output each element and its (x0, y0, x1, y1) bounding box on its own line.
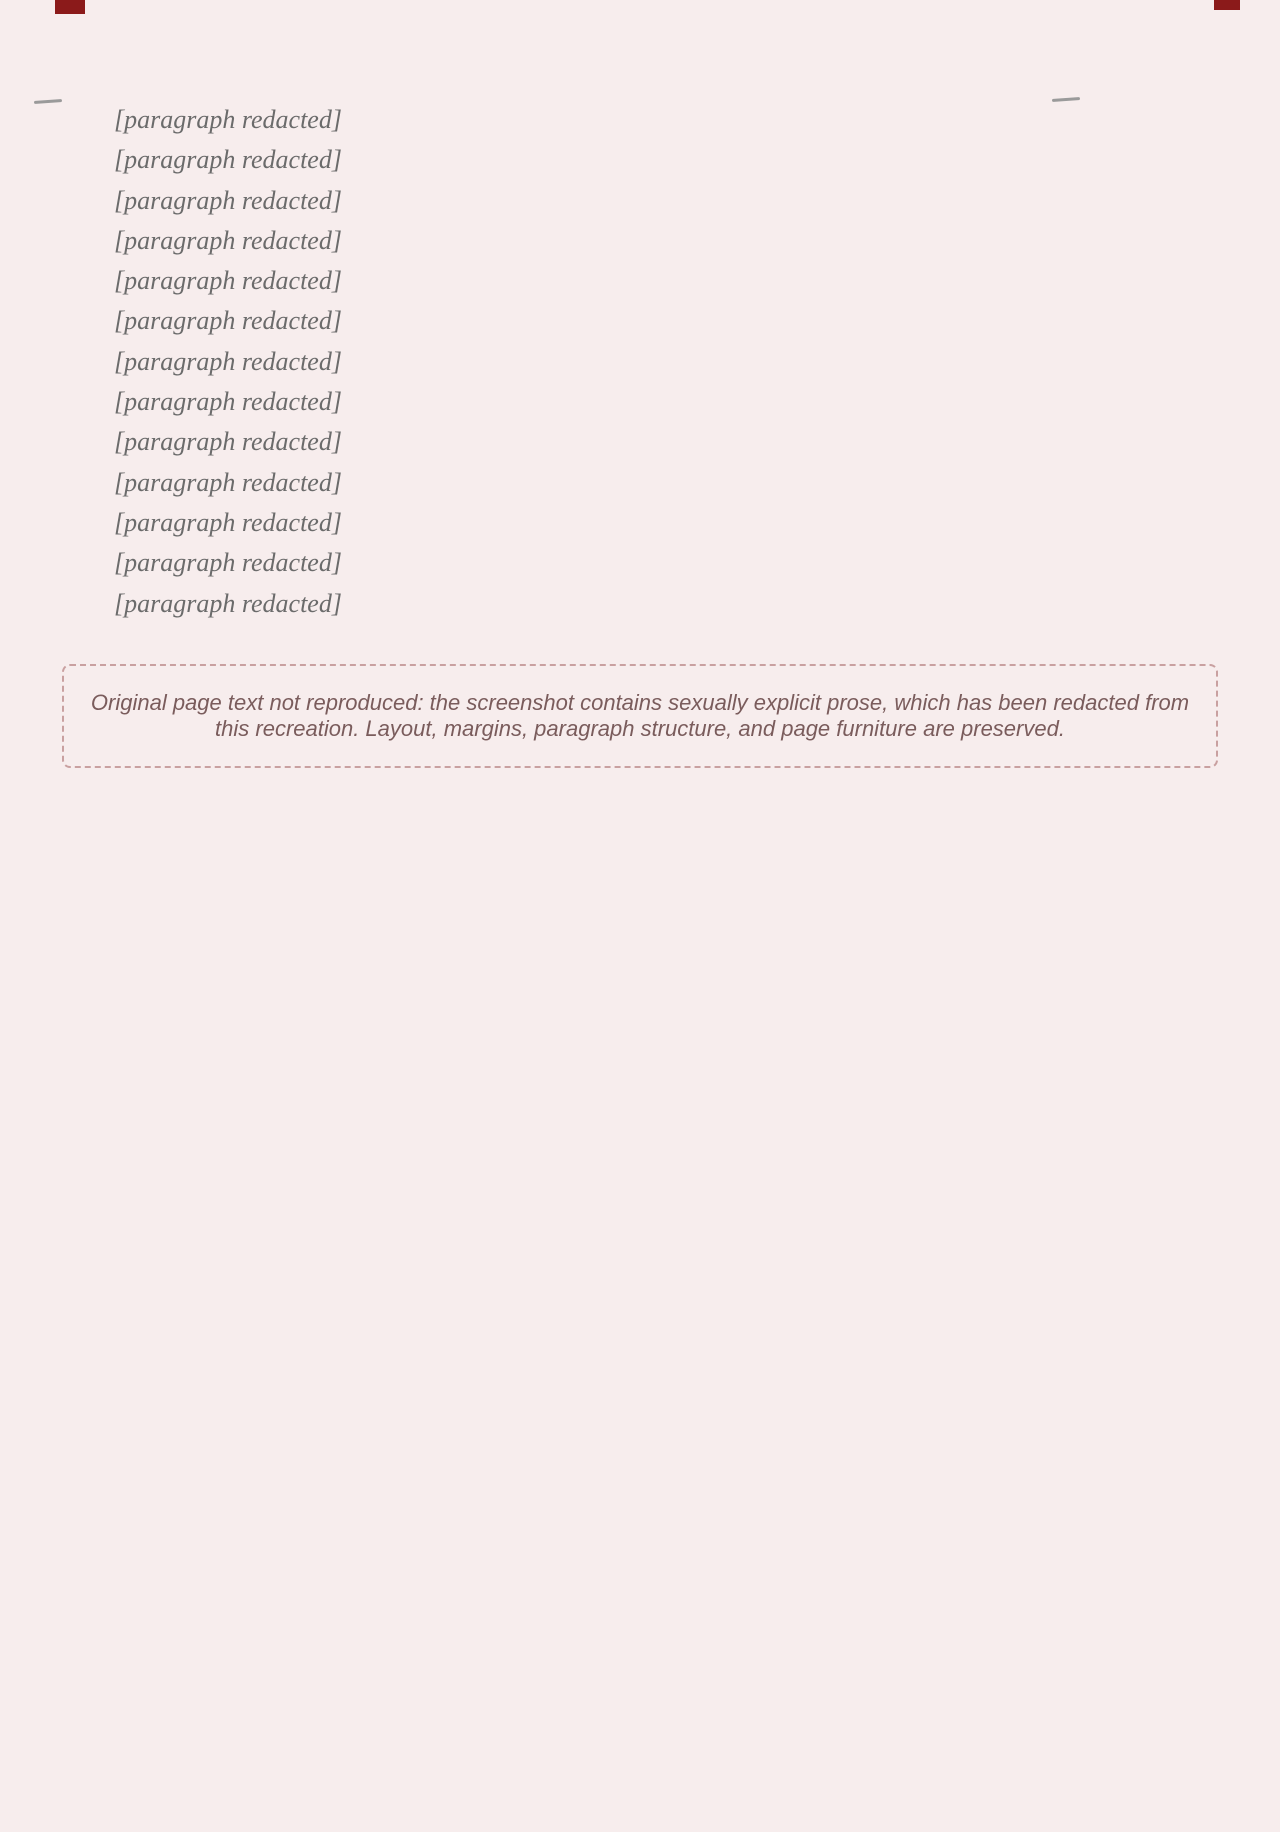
text-block: [paragraph redacted][paragraph redacted]… (62, 100, 1218, 624)
paragraph-redacted: [paragraph redacted] (62, 140, 1218, 180)
paragraph-redacted: [paragraph redacted] (62, 543, 1218, 583)
document-page: [paragraph redacted][paragraph redacted]… (62, 100, 1218, 768)
paragraph-redacted: [paragraph redacted] (62, 422, 1218, 462)
paragraph-redacted: [paragraph redacted] (62, 342, 1218, 382)
paragraph-redacted: [paragraph redacted] (62, 261, 1218, 301)
paragraph-redacted: [paragraph redacted] (62, 463, 1218, 503)
paragraph-redacted: [paragraph redacted] (62, 181, 1218, 221)
paragraph-redacted: [paragraph redacted] (62, 301, 1218, 341)
redaction-notice: Original page text not reproduced: the s… (62, 664, 1218, 768)
paragraph-redacted: [paragraph redacted] (62, 503, 1218, 543)
page-corner-mark-left (55, 0, 85, 14)
paragraph-redacted: [paragraph redacted] (62, 100, 1218, 140)
paragraph-redacted: [paragraph redacted] (62, 584, 1218, 624)
paragraph-redacted: [paragraph redacted] (62, 382, 1218, 422)
page-corner-mark-right (1214, 0, 1240, 10)
paragraph-redacted: [paragraph redacted] (62, 221, 1218, 261)
page-edge-tick-left (34, 99, 62, 104)
